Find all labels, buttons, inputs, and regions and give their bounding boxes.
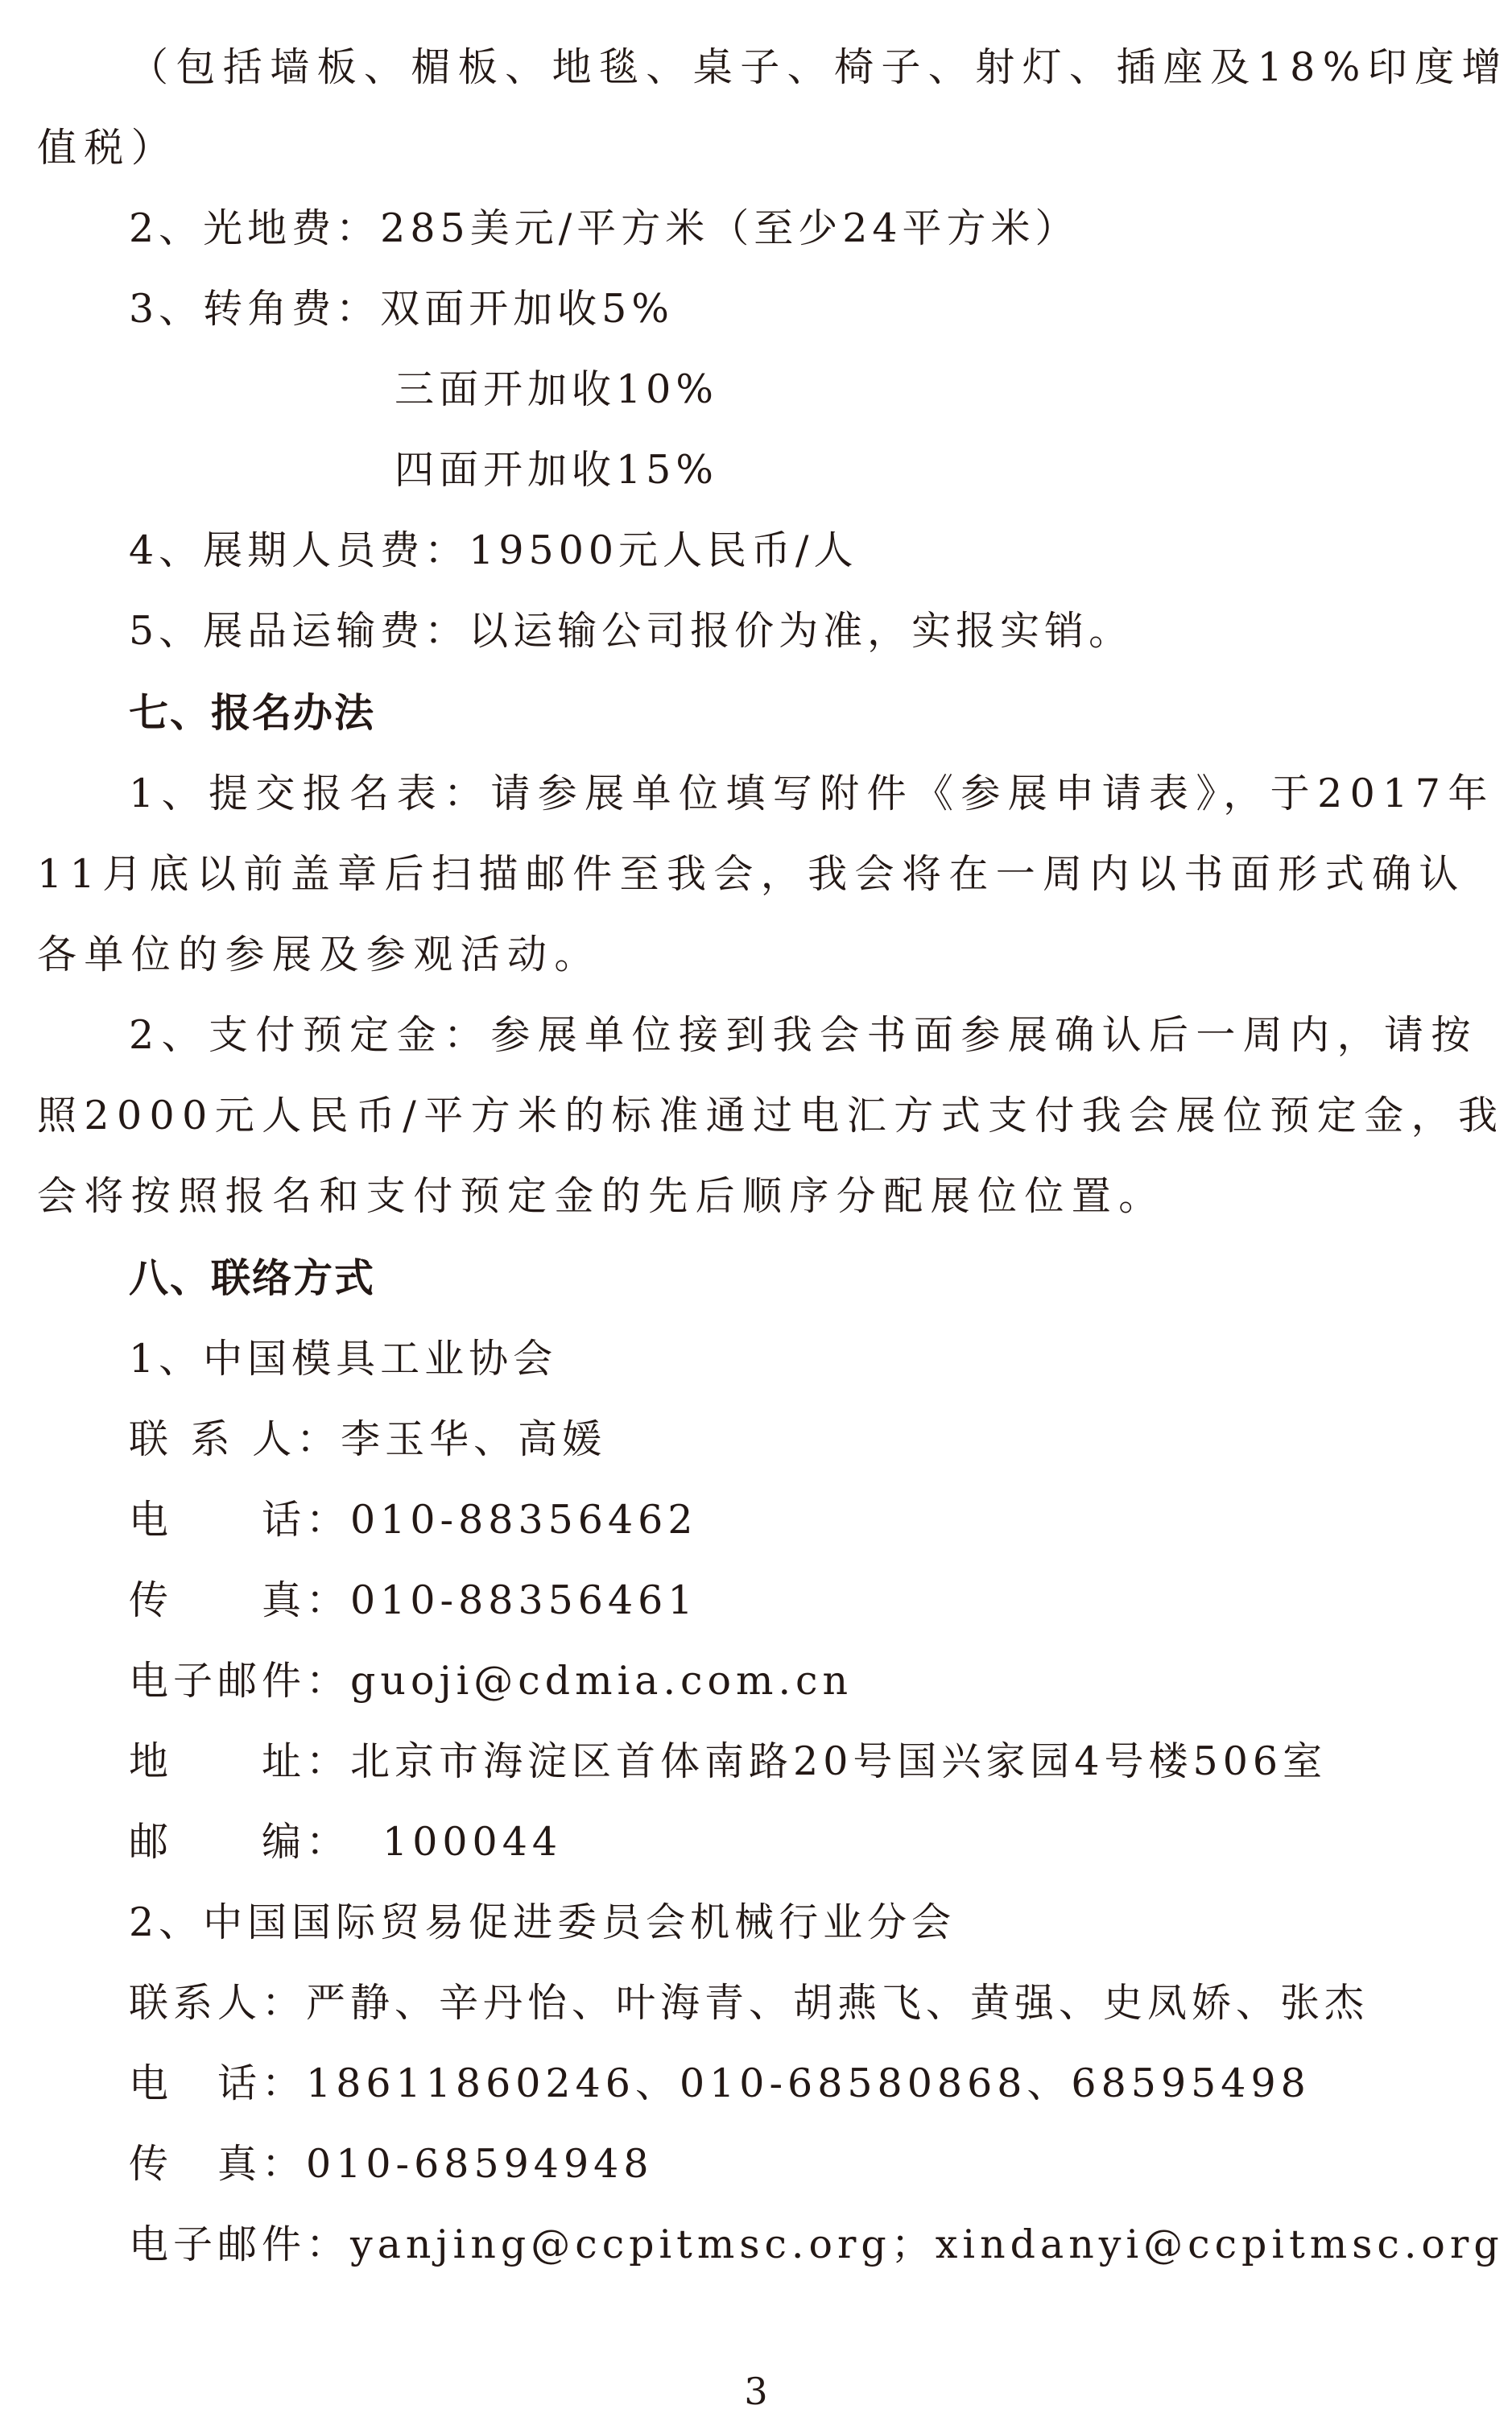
org1-address-row: 地 址：北京市海淀区首体南路20号国兴家园4号楼506室	[129, 1738, 1512, 1786]
org2-email-label: 电子邮件：	[129, 2221, 350, 2267]
org1-name: 1、中国模具工业协会	[129, 1335, 1512, 1383]
org2-contact-row: 联系人：严静、辛丹怡、叶海青、胡燕飞、黄强、史凤娇、张杰	[129, 1979, 1512, 2027]
registration-item2-line1: 2、支付预定金：参展单位接到我会书面参展确认后一周内，请按	[129, 1011, 1512, 1060]
org1-phone-row: 电 话：010-88356462	[129, 1496, 1512, 1544]
org2-fax-label: 传 真：	[129, 2141, 306, 2187]
org1-contact-label: 联 系 人：	[129, 1416, 341, 1462]
registration-item1-line3: 各单位的参展及参观活动。	[37, 931, 1486, 979]
org1-fax-row: 传 真：010-88356461	[129, 1577, 1512, 1625]
org1-contact-value: 李玉华、高媛	[341, 1416, 606, 1462]
org1-fax-value: 010-88356461	[350, 1577, 698, 1623]
booth-fee-continuation-line: （包括墙板、楣板、地毯、桌子、椅子、射灯、插座及18%印度增	[129, 43, 1512, 92]
org2-contact-value: 严静、辛丹怡、叶海青、胡燕飞、黄强、史凤娇、张杰	[306, 1980, 1369, 2026]
org2-fax-value: 010-68594948	[306, 2141, 654, 2187]
org1-fax-label: 传 真：	[129, 1577, 350, 1623]
org1-phone-value: 010-88356462	[350, 1497, 698, 1543]
section-heading-contact: 八、联络方式	[129, 1254, 1512, 1303]
personnel-fee-item: 4、展期人员费：19500元人民币/人	[129, 527, 1512, 575]
org2-contact-label: 联系人：	[129, 1980, 306, 2026]
org1-address-value: 北京市海淀区首体南路20号国兴家园4号楼506室	[350, 1738, 1327, 1784]
registration-item1-line2: 11月底以前盖章后扫描邮件至我会，我会将在一周内以书面形式确认	[37, 850, 1486, 899]
org2-fax-row: 传 真：010-68594948	[129, 2140, 1512, 2188]
corner-fee-four-sides: 四面开加收15%	[395, 446, 1512, 494]
org1-email-row: 电子邮件：guoji@cdmia.com.cn	[129, 1657, 1512, 1705]
document-page: （包括墙板、楣板、地毯、桌子、椅子、射灯、插座及18%印度增 值税） 2、光地费…	[0, 0, 1512, 2430]
org2-email-row: 电子邮件：yanjing@ccpitmsc.org；xindanyi@ccpit…	[129, 2221, 1512, 2269]
corner-fee-item: 3、转角费：双面开加收5%	[129, 285, 1512, 333]
org1-email-value[interactable]: guoji@cdmia.com.cn	[350, 1658, 853, 1704]
org1-postcode-row: 邮 编：100044	[129, 1818, 1512, 1866]
org1-phone-label: 电 话：	[129, 1497, 350, 1543]
shipping-fee-item: 5、展品运输费：以运输公司报价为准，实报实销。	[129, 607, 1512, 655]
booth-fee-continuation-end: 值税）	[37, 124, 1486, 172]
org2-phone-label: 电 话：	[129, 2060, 306, 2106]
org2-email-value[interactable]: yanjing@ccpitmsc.org；xindanyi@ccpitmsc.o…	[350, 2221, 1504, 2267]
section-heading-registration: 七、报名办法	[129, 689, 1512, 738]
registration-item2-line3: 会将按照报名和支付预定金的先后顺序分配展位位置。	[37, 1172, 1486, 1221]
org1-postcode-value: 100044	[382, 1819, 562, 1865]
org1-email-label: 电子邮件：	[129, 1658, 350, 1704]
org2-phone-row: 电 话：18611860246、010-68580868、68595498	[129, 2060, 1512, 2108]
org2-name: 2、中国国际贸易促进委员会机械行业分会	[129, 1899, 1512, 1947]
org1-address-label: 地 址：	[129, 1738, 350, 1784]
page-number: 3	[0, 2367, 1512, 2416]
registration-item2-line2: 照2000元人民币/平方米的标准通过电汇方式支付我会展位预定金，我	[37, 1092, 1486, 1140]
registration-item1-line1: 1、提交报名表：请参展单位填写附件《参展申请表》，于2017年	[129, 770, 1512, 818]
org2-phone-value: 18611860246、010-68580868、68595498	[306, 2060, 1311, 2106]
org1-contact-row: 联 系 人：李玉华、高媛	[129, 1415, 1512, 1464]
raw-space-fee-item: 2、光地费：285美元/平方米（至少24平方米）	[129, 205, 1512, 253]
org1-postcode-label: 邮 编：	[129, 1819, 350, 1865]
corner-fee-three-sides: 三面开加收10%	[395, 366, 1512, 414]
